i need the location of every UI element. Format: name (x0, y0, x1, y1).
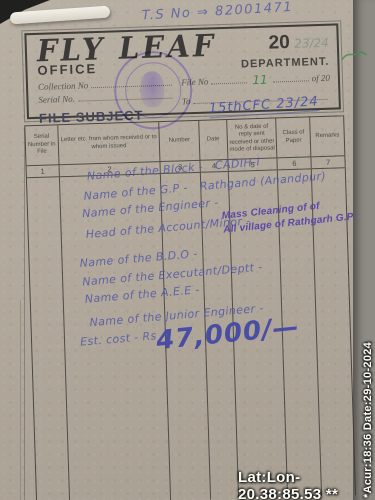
year-field: 20 23/24 (268, 31, 329, 55)
file-no-of-label: of 20 (311, 73, 330, 84)
latlon-overlay: Lat:Lon-20.38:85.53 ** (238, 469, 375, 500)
header-number: 1 (27, 165, 59, 178)
header-cell: Class of Paper (277, 117, 311, 158)
file-no-value: 11 (250, 73, 270, 88)
header-cell: Date (199, 120, 227, 161)
header-cell: Remarks (310, 116, 344, 157)
header-number: 6 (278, 157, 311, 170)
ts-number-handwriting: T.S No ⇒ 82001471 (141, 0, 293, 24)
green-tick-mark (341, 47, 368, 66)
photo-of-file-cover: T.S No ⇒ 82001471 FLY LEAF 20 23/24 OFFI… (0, 0, 375, 500)
header-cell: Number (159, 121, 199, 162)
header-cell: Serial Number in File (25, 125, 58, 166)
document-page: T.S No ⇒ 82001471 FLY LEAF 20 23/24 OFFI… (0, 0, 375, 500)
year-printed: 20 (268, 32, 290, 54)
year-handwritten: 23/24 (294, 36, 329, 51)
stamp-emblem (140, 71, 165, 108)
serial-no-label: Serial No. (38, 94, 75, 105)
dotted-line (212, 82, 248, 84)
header-cell: Letter etc. from whom received or to who… (58, 122, 160, 165)
header-cell: No & date of reply sent received or othe… (227, 118, 277, 160)
accuracy-date-overlay: *Acur:18:36 Date:29-10-2024 (362, 298, 374, 498)
header-number: 7 (312, 156, 345, 169)
dotted-line (273, 80, 309, 82)
collection-no-label: Collection No (38, 80, 89, 92)
